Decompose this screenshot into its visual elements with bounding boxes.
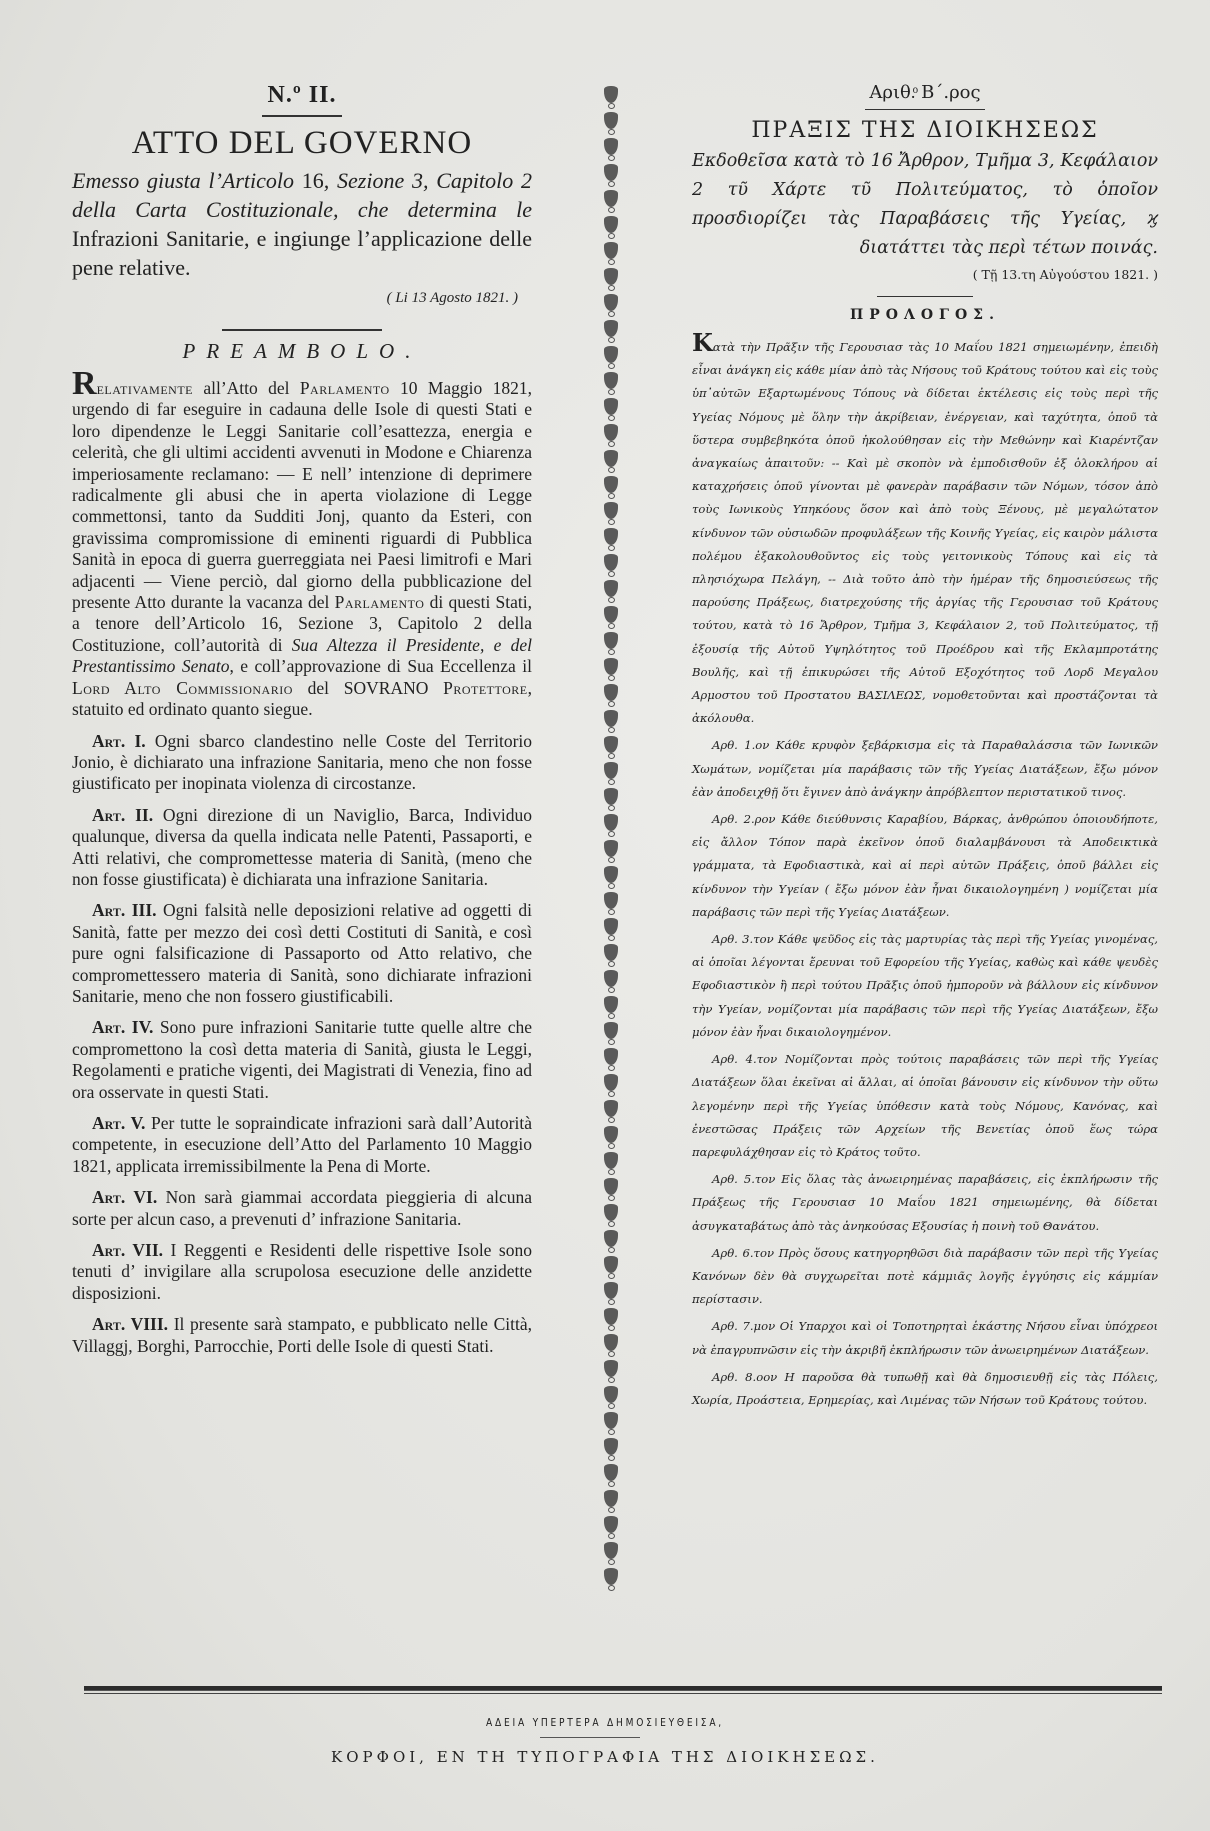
- fleur-ornament-icon: [603, 1282, 619, 1304]
- fleur-ornament-icon: [603, 1464, 619, 1486]
- fleur-ornament-icon: [603, 1178, 619, 1200]
- fleur-ornament-icon: [603, 346, 619, 368]
- text-run: elativamente: [97, 378, 193, 398]
- fleur-ornament-icon: [603, 840, 619, 862]
- greek-prologue: Κατὰ τὴν Πρᾶξιν τῆς Γερουσιασ τὰς 10 Μαΐ…: [692, 331, 1158, 730]
- fleur-ornament-icon: [603, 1412, 619, 1434]
- fleur-ornament-icon: [603, 1542, 619, 1564]
- greek-article-3: Αρθ. 3.τον Κάθε ψεῦδος εἰς τὰς μαρτυρίας…: [692, 928, 1158, 1044]
- article-label: Αρθ. 6.τον: [712, 1246, 774, 1260]
- greek-article-8: Αρθ. 8.οον Η παροῦσα θὰ τυπωθῇ καὶ θὰ δη…: [692, 1366, 1158, 1412]
- text-run: Parlamento: [300, 378, 390, 398]
- greek-article-6: Αρθ. 6.τον Πρὸς ὅσους κατηγορηθῶσι διὰ π…: [692, 1242, 1158, 1312]
- fleur-ornament-icon: [603, 710, 619, 732]
- fleur-ornament-icon: [603, 996, 619, 1018]
- article-label: Art. I.: [92, 731, 146, 751]
- fleur-ornament-icon: [603, 294, 619, 316]
- fleur-ornament-icon: [603, 424, 619, 446]
- text-run: ατὰ τὴν Πρᾶξιν τῆς Γερουσιασ τὰς 10 Μαΐο…: [692, 340, 1158, 725]
- fleur-ornament-icon: [603, 1230, 619, 1252]
- fleur-ornament-icon: [603, 788, 619, 810]
- fleur-ornament-icon: [603, 372, 619, 394]
- greek-article-5: Αρθ. 5.τον Εἰς ὅλας τὰς ἀνωειρημένας παρ…: [692, 1168, 1158, 1238]
- italian-number: N.º II.: [72, 82, 532, 109]
- text-run: , e coll’approvazione di Sua Eccellenza …: [229, 656, 532, 676]
- footer-thick-rule: [84, 1686, 1162, 1691]
- article-text: Νομίζονται πρὸς τούτοις παραβάσεις τῶν π…: [692, 1052, 1158, 1159]
- fleur-ornament-icon: [603, 1152, 619, 1174]
- fleur-ornament-icon: [603, 268, 619, 290]
- italian-subtitle: Emesso giusta l’Articolo 16, Sezione 3, …: [72, 166, 532, 282]
- prologue-heading: ΠΡΟΛΟΓΟΣ.: [692, 307, 1158, 323]
- fleur-ornament-icon: [603, 1256, 619, 1278]
- article-label: Αρθ. 3.τον: [712, 932, 774, 946]
- footer-short-rule: [540, 1737, 640, 1738]
- article-label: Αρθ. 5.τον: [712, 1172, 775, 1186]
- fleur-ornament-icon: [603, 1568, 619, 1590]
- fleur-ornament-icon: [603, 892, 619, 914]
- footer-imprint-permission: ΑΔΕΙΑ ΥΠΕΡΤΕΡΑ ΔΗΜΟΣΙΕΥΘΕΙΣΑ,: [48, 1716, 1161, 1729]
- greek-article-4: Αρθ. 4.τον Νομίζονται πρὸς τούτοις παραβ…: [692, 1048, 1158, 1164]
- fleur-ornament-icon: [603, 242, 619, 264]
- preamble-heading: PREAMBOLO.: [72, 339, 532, 364]
- fleur-ornament-icon: [603, 1516, 619, 1538]
- footer-thin-rule: [84, 1693, 1162, 1694]
- fleur-ornament-icon: [603, 320, 619, 342]
- fleur-ornament-icon: [603, 1126, 619, 1148]
- text-run: Parlamento: [335, 592, 425, 612]
- fleur-ornament-icon: [603, 502, 619, 524]
- text-run: 10 Maggio 1821, urgendo di far eseguire …: [72, 378, 532, 612]
- article-label: Art. VIII.: [92, 1314, 168, 1334]
- fleur-ornament-icon: [603, 1308, 619, 1330]
- subtitle-part: Emesso giusta l’Articolo: [72, 168, 302, 193]
- subtitle-part: 16: [302, 168, 324, 193]
- fleur-ornament-icon: [603, 138, 619, 160]
- fleur-ornament-icon: [603, 112, 619, 134]
- article-label: Art. III.: [92, 900, 157, 920]
- fleur-ornament-icon: [603, 1334, 619, 1356]
- dropcap: Κ: [692, 328, 713, 357]
- italian-title: ATTO DEL GOVERNO: [72, 125, 532, 162]
- fleur-ornament-icon: [603, 632, 619, 654]
- fleur-ornament-icon: [603, 476, 619, 498]
- article-label: Art. II.: [92, 805, 153, 825]
- fleur-ornament-icon: [603, 164, 619, 186]
- fleur-ornament-icon: [603, 606, 619, 628]
- italian-article-3: Art. III. Ogni falsità nelle deposizioni…: [72, 900, 532, 1007]
- italian-article-8: Art. VIII. Il presente sarà stampato, e …: [72, 1314, 532, 1357]
- fleur-ornament-icon: [603, 1438, 619, 1460]
- ornamental-column-divider: [598, 86, 624, 1676]
- article-label: Art. IV.: [92, 1017, 153, 1037]
- text-run: Protettore: [443, 678, 528, 698]
- dropcap: R: [72, 365, 97, 402]
- article-label: Αρθ. 8.οον: [712, 1370, 777, 1384]
- italian-article-6: Art. VI. Non sarà giammai accordata pieg…: [72, 1187, 532, 1230]
- fleur-ornament-icon: [603, 86, 619, 108]
- article-label: Art. V.: [92, 1113, 145, 1133]
- italian-article-7: Art. VII. I Reggenti e Residenti delle r…: [72, 1240, 532, 1304]
- fleur-ornament-icon: [603, 866, 619, 888]
- greek-number: Αριθ.ͦ Β΄.ρος: [692, 82, 1158, 103]
- greek-subtitle: Εκδοθεῖσα κατὰ τὸ 16 Ἄρθρον, Τμῆμα 3, Κε…: [692, 147, 1158, 263]
- fleur-ornament-icon: [603, 1386, 619, 1408]
- italian-date: ( Li 13 Agosto 1821. ): [72, 290, 518, 307]
- fleur-ornament-icon: [603, 918, 619, 940]
- fleur-ornament-icon: [603, 190, 619, 212]
- article-label: Art. VII.: [92, 1240, 163, 1260]
- italian-article-2: Art. II. Ogni direzione di un Naviglio, …: [72, 805, 532, 891]
- preamble-rule: [222, 329, 382, 331]
- fleur-ornament-icon: [603, 1204, 619, 1226]
- fleur-ornament-icon: [603, 580, 619, 602]
- fleur-ornament-icon: [603, 554, 619, 576]
- italian-preamble: Relativamente all’Atto del Parlamento 10…: [72, 374, 532, 721]
- italian-article-5: Art. V. Per tutte le sopraindicate infra…: [72, 1113, 532, 1177]
- greek-article-2: Αρθ. 2.ρον Κάθε διεύθυνσις Καραβίου, Βάρ…: [692, 808, 1158, 924]
- greek-column: Αριθ.ͦ Β΄.ρος ΠΡΑΞΙΣ ΤΗΣ ΔΙΟΙΚΗΣΕΩΣ Εκδο…: [692, 82, 1158, 1412]
- text-run: Lord Alto Commissionario: [72, 678, 293, 698]
- fleur-ornament-icon: [603, 1048, 619, 1070]
- italian-article-4: Art. IV. Sono pure infrazioni Sanitarie …: [72, 1017, 532, 1103]
- fleur-ornament-icon: [603, 762, 619, 784]
- article-text: Κάθε διεύθυνσις Καραβίου, Βάρκας, ἀνθρώπ…: [692, 812, 1158, 919]
- text-run: all’Atto del: [193, 378, 300, 398]
- fleur-ornament-icon: [603, 1022, 619, 1044]
- fleur-ornament-icon: [603, 398, 619, 420]
- fleur-ornament-icon: [603, 658, 619, 680]
- prologue-rule: [877, 296, 973, 297]
- fleur-ornament-icon: [603, 216, 619, 238]
- fleur-ornament-icon: [603, 970, 619, 992]
- italian-column: N.º II. ATTO DEL GOVERNO Emesso giusta l…: [72, 82, 532, 1357]
- fleur-ornament-icon: [603, 1100, 619, 1122]
- title-rule: [262, 115, 342, 117]
- greek-title-rule: [865, 109, 985, 110]
- greek-date: ( Τῇ 13.τη Αὐγούστου 1821. ): [692, 267, 1158, 282]
- document-page: N.º II. ATTO DEL GOVERNO Emesso giusta l…: [0, 0, 1210, 1831]
- fleur-ornament-icon: [603, 528, 619, 550]
- fleur-ornament-icon: [603, 1490, 619, 1512]
- fleur-ornament-icon: [603, 1074, 619, 1096]
- fleur-ornament-icon: [603, 684, 619, 706]
- article-text: Κάθε ψεῦδος εἰς τὰς μαρτυρίας τὰς περὶ τ…: [692, 932, 1158, 1039]
- footer-imprint-printer: ΚΟΡΦΟΙ, ΕΝ ΤΗ ΤΥΠΟΓΡΑΦΙΑ ΤΗΣ ΔΙΟΙΚΗΣΕΩΣ.: [0, 1748, 1210, 1766]
- article-label: Αρθ. 7.μον: [712, 1319, 775, 1333]
- fleur-ornament-icon: [603, 814, 619, 836]
- fleur-ornament-icon: [603, 944, 619, 966]
- fleur-ornament-icon: [603, 736, 619, 758]
- article-label: Αρθ. 2.ρον: [712, 812, 775, 826]
- greek-article-7: Αρθ. 7.μον Οἱ Υπαρχοι καὶ οἱ Τοποτηρηταὶ…: [692, 1315, 1158, 1361]
- article-label: Αρθ. 1.ον: [712, 738, 769, 752]
- text-run: del SOVRANO: [293, 678, 443, 698]
- fleur-ornament-icon: [603, 450, 619, 472]
- article-label: Art. VI.: [92, 1187, 157, 1207]
- greek-article-1: Αρθ. 1.ον Κάθε κρυφὸν ξεβάρκισμα εἰς τὰ …: [692, 734, 1158, 804]
- italian-article-1: Art. I. Ogni sbarco clandestino nelle Co…: [72, 731, 532, 795]
- fleur-ornament-icon: [603, 1360, 619, 1382]
- greek-title: ΠΡΑΞΙΣ ΤΗΣ ΔΙΟΙΚΗΣΕΩΣ: [692, 118, 1158, 143]
- subtitle-part: Infrazioni Sanitarie, e ingiunge l’appli…: [72, 226, 532, 280]
- article-label: Αρθ. 4.τον: [712, 1052, 777, 1066]
